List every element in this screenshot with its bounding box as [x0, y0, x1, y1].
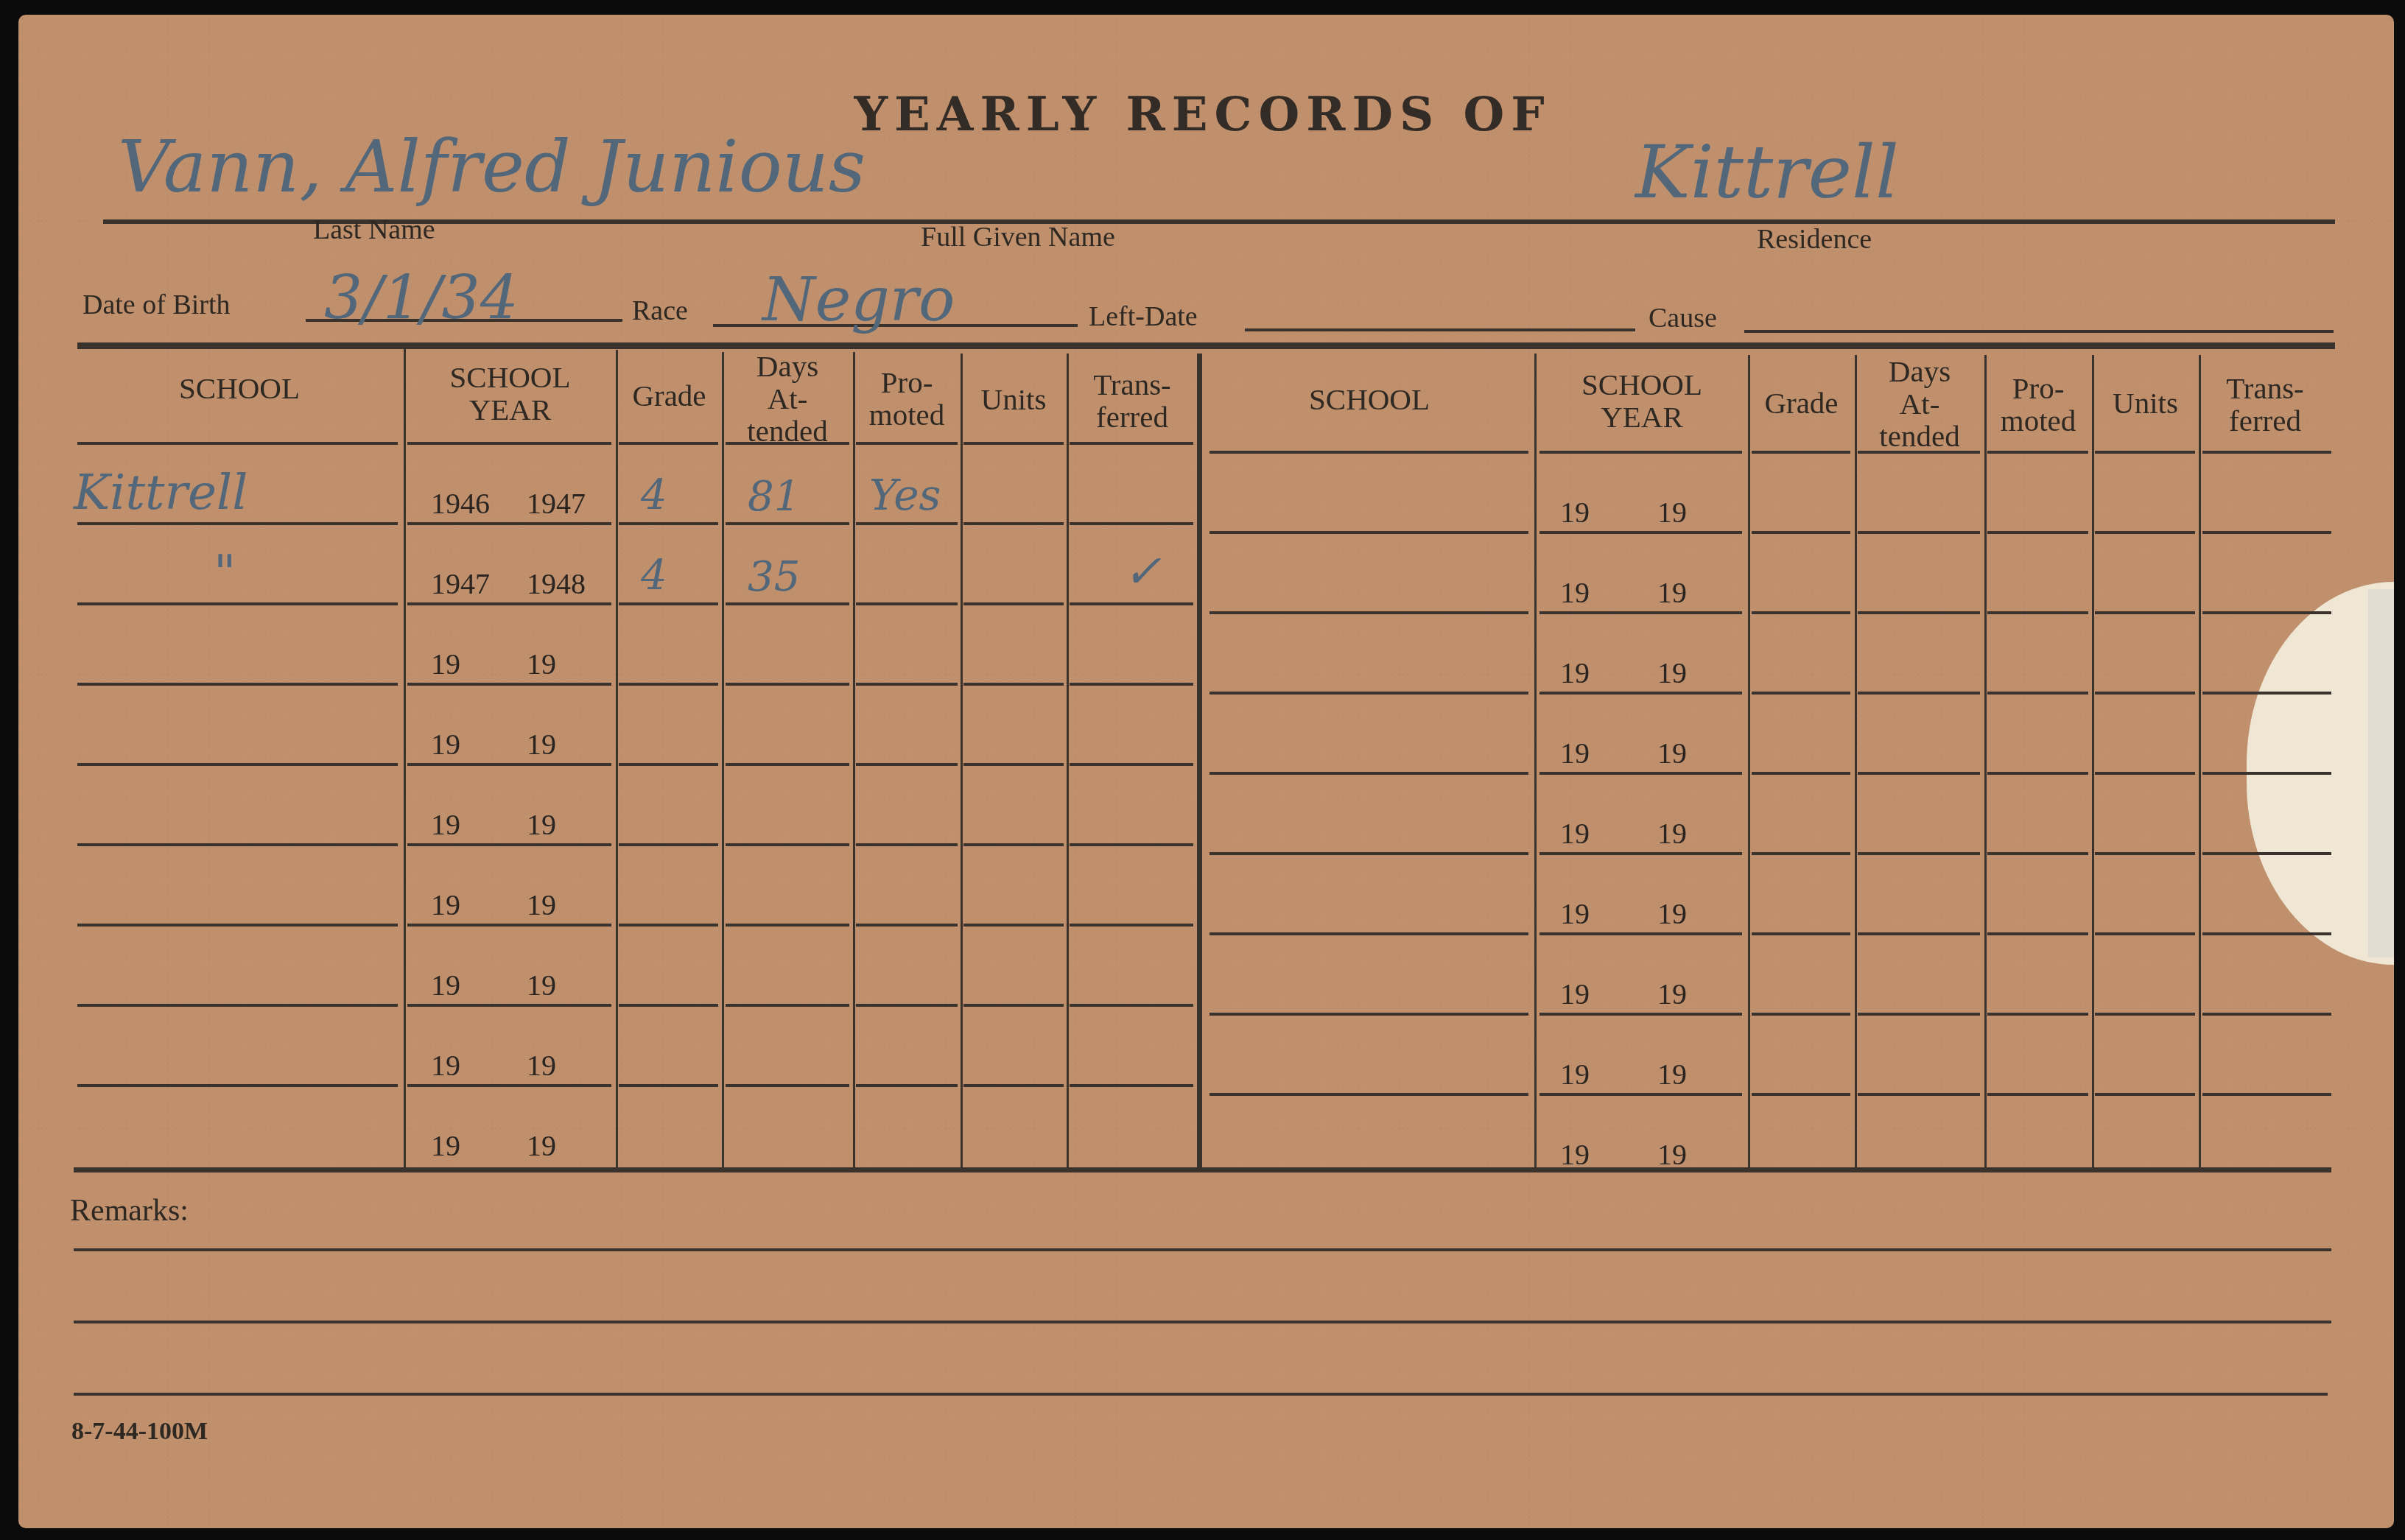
remarks-line-2[interactable] — [74, 1321, 2331, 1323]
header-school: SCHOOL — [77, 372, 401, 404]
last-name-label: Last Name — [313, 214, 435, 246]
row-underline — [1987, 611, 2088, 614]
row-underline — [1209, 1013, 1528, 1016]
row-underline — [1209, 932, 1528, 935]
row-underline — [1070, 763, 1193, 766]
remarks-line-1[interactable] — [74, 1248, 2331, 1251]
col-divider — [722, 352, 724, 1170]
dob-label: Date of Birth — [82, 289, 231, 321]
header-units: Units — [961, 383, 1067, 415]
row-underline — [1752, 611, 1850, 614]
row-underline — [1070, 1084, 1193, 1087]
row-underline — [2202, 451, 2331, 454]
cell-year-to[interactable]: 19 — [1657, 736, 1687, 770]
row-underline — [1858, 531, 1980, 534]
cell-promoted[interactable]: Yes — [869, 470, 941, 520]
row-underline — [407, 442, 611, 445]
remarks-line-3[interactable] — [74, 1393, 2328, 1396]
row-underline — [2095, 932, 2195, 935]
cell-year-from[interactable]: 19 — [1560, 896, 1590, 931]
cell-year-from[interactable]: 19 — [431, 968, 460, 1002]
row-underline — [963, 924, 1064, 927]
cause-label: Cause — [1649, 302, 1717, 334]
row-underline — [856, 1004, 958, 1007]
cell-year-from[interactable]: 1946 — [431, 486, 490, 521]
row-underline — [963, 442, 1064, 445]
row-underline — [2095, 611, 2195, 614]
row-underline — [856, 602, 958, 605]
cell-year-to[interactable]: 19 — [1657, 977, 1687, 1011]
table-top-rule — [77, 342, 2335, 349]
row-underline — [963, 763, 1064, 766]
row-underline — [2202, 932, 2331, 935]
row-underline — [1070, 1004, 1193, 1007]
cell-year-to[interactable]: 1947 — [527, 486, 586, 521]
row-underline — [1858, 1093, 1980, 1096]
center-divider — [1197, 354, 1202, 1170]
row-underline — [1539, 1093, 1742, 1096]
col-divider — [2199, 355, 2201, 1170]
col-divider — [1067, 354, 1069, 1170]
name-rule — [103, 219, 2335, 224]
row-underline — [1209, 611, 1528, 614]
cell-year-to[interactable]: 19 — [527, 727, 556, 762]
col-divider — [616, 350, 618, 1170]
row-underline — [1752, 852, 1850, 855]
row-underline — [77, 683, 398, 686]
cell-days[interactable]: 35 — [748, 553, 800, 601]
row-underline — [2095, 692, 2195, 695]
cell-year-to[interactable]: 19 — [1657, 1057, 1687, 1091]
row-underline — [2095, 1013, 2195, 1016]
row-underline — [2095, 1093, 2195, 1096]
col-divider — [1534, 354, 1537, 1170]
row-underline — [963, 522, 1064, 525]
row-underline — [407, 843, 611, 846]
row-underline — [1752, 692, 1850, 695]
row-underline — [963, 602, 1064, 605]
row-underline — [1752, 932, 1850, 935]
row-underline — [1070, 843, 1193, 846]
row-underline — [2095, 852, 2195, 855]
row-underline — [77, 1084, 398, 1087]
row-underline — [1987, 1013, 2088, 1016]
row-underline — [619, 602, 718, 605]
row-underline — [1858, 852, 1980, 855]
row-underline — [1752, 1093, 1850, 1096]
header-school-year-right: SCHOOL YEAR — [1536, 368, 1748, 433]
name-value: Vann, Alfred Junious — [118, 125, 866, 209]
cell-year-to[interactable]: 19 — [527, 968, 556, 1002]
row-underline — [1070, 924, 1193, 927]
header-transferred-right: Trans- ferred — [2199, 372, 2331, 437]
col-divider — [1748, 355, 1750, 1170]
residence-label: Residence — [1757, 223, 1872, 256]
row-underline — [1858, 1013, 1980, 1016]
header-grade: Grade — [616, 379, 723, 412]
row-underline — [619, 763, 718, 766]
race-label: Race — [632, 295, 688, 327]
row-underline — [407, 924, 611, 927]
left-date-field[interactable] — [1245, 328, 1635, 331]
row-underline — [619, 1004, 718, 1007]
header-promoted: Pro- moted — [853, 366, 961, 431]
remarks-label: Remarks: — [70, 1193, 189, 1228]
cell-year-to[interactable]: 19 — [527, 1128, 556, 1163]
row-underline — [856, 683, 958, 686]
row-underline — [726, 924, 849, 927]
header-grade-right: Grade — [1748, 387, 1855, 419]
row-underline — [2202, 772, 2331, 775]
cell-year-from[interactable]: 19 — [1560, 1057, 1590, 1091]
cell-days[interactable]: 81 — [748, 473, 800, 521]
header-promoted-right: Pro- moted — [1984, 372, 2092, 437]
row-underline — [1209, 451, 1528, 454]
row-underline — [1858, 932, 1980, 935]
row-underline — [726, 1084, 849, 1087]
row-underline — [1070, 442, 1193, 445]
row-underline — [1539, 772, 1742, 775]
cell-year-from[interactable]: 19 — [431, 647, 460, 681]
cell-school[interactable]: Kittrell — [74, 464, 247, 521]
row-underline — [1539, 611, 1742, 614]
row-underline — [1752, 772, 1850, 775]
cell-year-to[interactable]: 19 — [527, 887, 556, 922]
cell-year-from[interactable]: 19 — [1560, 816, 1590, 851]
header-transferred: Trans- ferred — [1067, 368, 1198, 433]
row-underline — [2202, 1013, 2331, 1016]
full-given-name-label: Full Given Name — [921, 221, 1115, 253]
row-underline — [1858, 692, 1980, 695]
cell-year-from[interactable]: 19 — [1560, 495, 1590, 530]
row-underline — [726, 763, 849, 766]
header-days-attended: Days At- tended — [722, 350, 853, 447]
row-underline — [1539, 932, 1742, 935]
cell-grade[interactable]: 4 — [641, 471, 667, 519]
row-underline — [77, 924, 398, 927]
row-underline — [1858, 451, 1980, 454]
row-underline — [2202, 611, 2331, 614]
row-underline — [1987, 692, 2088, 695]
row-underline — [726, 843, 849, 846]
cell-year-to[interactable]: 19 — [527, 1048, 556, 1083]
row-underline — [1209, 692, 1528, 695]
cell-year-to[interactable]: 19 — [1657, 655, 1687, 690]
row-underline — [726, 1004, 849, 1007]
cell-year-from[interactable]: 1947 — [431, 566, 490, 601]
row-underline — [1752, 531, 1850, 534]
row-underline — [1539, 852, 1742, 855]
row-underline — [77, 1004, 398, 1007]
col-divider — [961, 354, 963, 1170]
row-underline — [856, 924, 958, 927]
row-underline — [1987, 1093, 2088, 1096]
row-underline — [856, 442, 958, 445]
row-underline — [963, 683, 1064, 686]
row-underline — [619, 1084, 718, 1087]
row-underline — [726, 683, 849, 686]
col-divider — [853, 352, 855, 1170]
row-underline — [963, 1004, 1064, 1007]
row-underline — [77, 442, 398, 445]
row-underline — [1070, 522, 1193, 525]
row-underline — [407, 763, 611, 766]
col-divider — [1855, 355, 1857, 1170]
row-underline — [1209, 852, 1528, 855]
cell-year-from[interactable]: 19 — [431, 807, 460, 842]
row-underline — [1987, 852, 2088, 855]
row-underline — [726, 442, 849, 445]
header-school-year: SCHOOL YEAR — [405, 361, 615, 426]
cell-year-to[interactable]: 19 — [1657, 816, 1687, 851]
row-underline — [2202, 692, 2331, 695]
cell-year-from[interactable]: 19 — [1560, 655, 1590, 690]
row-underline — [407, 1084, 611, 1087]
row-underline — [1539, 531, 1742, 534]
row-underline — [407, 1004, 611, 1007]
row-underline — [1539, 692, 1742, 695]
row-underline — [726, 602, 849, 605]
cell-year-from[interactable]: 19 — [431, 1048, 460, 1083]
col-divider — [1984, 355, 1987, 1170]
row-underline — [1752, 1013, 1850, 1016]
row-underline — [963, 843, 1064, 846]
row-underline — [619, 442, 718, 445]
tab-card-edge — [2368, 589, 2394, 957]
row-underline — [77, 763, 398, 766]
row-underline — [619, 843, 718, 846]
row-underline — [1858, 772, 1980, 775]
row-underline — [1070, 683, 1193, 686]
cell-year-from[interactable]: 19 — [431, 1128, 460, 1163]
row-underline — [77, 522, 398, 525]
row-underline — [619, 683, 718, 686]
cell-year-from[interactable]: 19 — [431, 887, 460, 922]
col-divider — [2092, 355, 2094, 1170]
row-underline — [1987, 932, 2088, 935]
row-underline — [856, 1084, 958, 1087]
header-days-attended-right: Days At- tended — [1855, 355, 1984, 452]
row-underline — [1987, 772, 2088, 775]
row-underline — [1987, 531, 2088, 534]
cell-year-to[interactable]: 19 — [1657, 1137, 1687, 1172]
row-underline — [2095, 451, 2195, 454]
row-underline — [856, 843, 958, 846]
cell-year-from[interactable]: 19 — [1560, 575, 1590, 610]
row-underline — [77, 843, 398, 846]
header-units-right: Units — [2092, 387, 2199, 419]
cell-year-to[interactable]: 19 — [527, 807, 556, 842]
race-value: Negro — [762, 265, 955, 335]
cell-year-to[interactable]: 19 — [1657, 896, 1687, 931]
header-school-right: SCHOOL — [1204, 383, 1534, 415]
row-underline — [77, 602, 398, 605]
row-underline — [1070, 602, 1193, 605]
cell-year-to[interactable]: 19 — [1657, 575, 1687, 610]
cell-year-to[interactable]: 19 — [1657, 495, 1687, 530]
cell-grade[interactable]: 4 — [641, 552, 667, 600]
cell-year-to[interactable]: 19 — [527, 647, 556, 681]
row-underline — [2202, 531, 2331, 534]
cell-year-to[interactable]: 1948 — [527, 566, 586, 601]
row-underline — [619, 522, 718, 525]
row-underline — [2095, 531, 2195, 534]
row-underline — [2095, 772, 2195, 775]
row-underline — [726, 522, 849, 525]
residence-value: Kittrell — [1635, 129, 1899, 215]
row-underline — [2202, 1093, 2331, 1096]
row-underline — [619, 924, 718, 927]
row-underline — [1209, 531, 1528, 534]
cell-transferred[interactable]: ✓ — [1123, 544, 1162, 598]
cell-school[interactable]: " — [214, 544, 236, 601]
row-underline — [963, 1084, 1064, 1087]
row-underline — [1209, 1093, 1528, 1096]
row-underline — [407, 602, 611, 605]
row-underline — [407, 522, 611, 525]
row-underline — [1209, 772, 1528, 775]
row-underline — [2202, 852, 2331, 855]
row-underline — [1858, 611, 1980, 614]
row-underline — [856, 763, 958, 766]
row-underline — [856, 522, 958, 525]
row-underline — [1539, 1013, 1742, 1016]
cell-year-from[interactable]: 19 — [431, 727, 460, 762]
col-divider — [404, 346, 406, 1170]
row-underline — [1752, 451, 1850, 454]
left-date-label: Left-Date — [1089, 300, 1198, 333]
row-underline — [407, 683, 611, 686]
form-number: 8-7-44-100M — [71, 1418, 208, 1446]
row-underline — [1539, 451, 1742, 454]
cell-year-from[interactable]: 19 — [1560, 736, 1590, 770]
dob-value: 3/1/34 — [324, 264, 519, 334]
cell-year-from[interactable]: 19 — [1560, 1137, 1590, 1172]
table-bottom-rule — [74, 1167, 2331, 1172]
cell-year-from[interactable]: 19 — [1560, 977, 1590, 1011]
cause-field[interactable] — [1744, 330, 2334, 333]
row-underline — [1987, 451, 2088, 454]
